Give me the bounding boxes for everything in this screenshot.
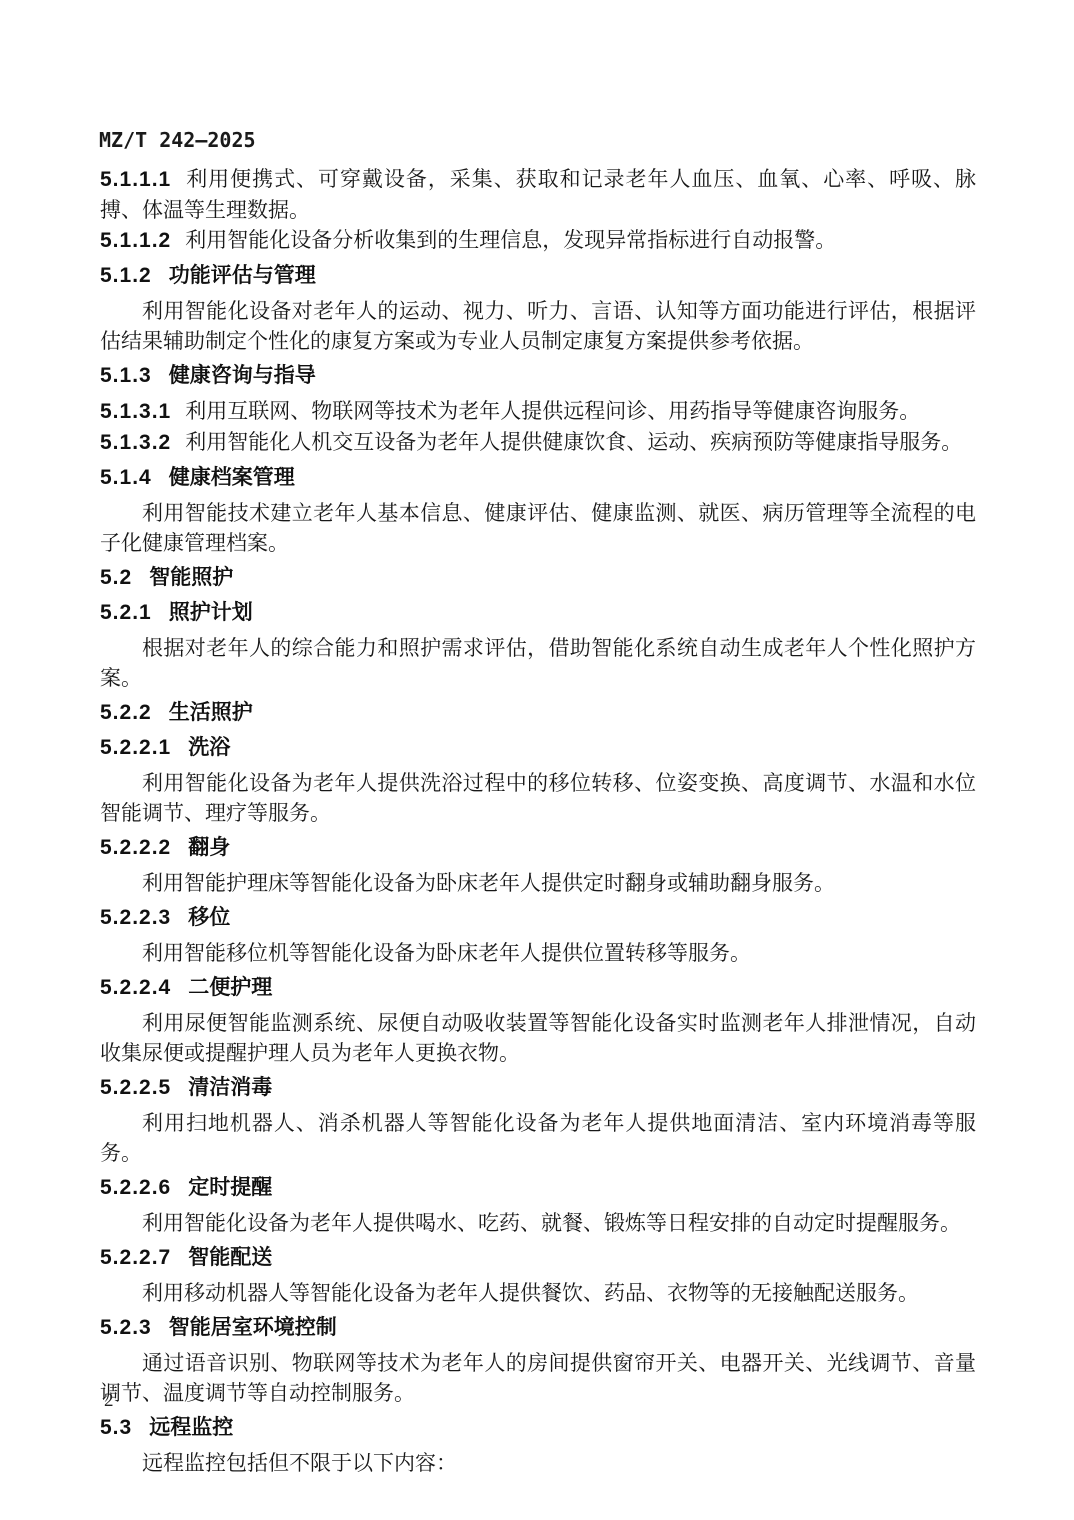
clause-paragraph: 5.1.3.1利用互联网、物联网等技术为老年人提供远程问诊、用药指导等健康咨询服…: [100, 396, 976, 427]
section-number: 5.2.2.2: [100, 836, 171, 859]
clause-number: 5.1.3.2: [100, 431, 171, 454]
section-heading: 5.2.2.5清洁消毒: [100, 1073, 976, 1103]
section-number: 5.3: [100, 1416, 132, 1439]
body-paragraph: 远程监控包括但不限于以下内容：: [100, 1448, 976, 1478]
section-title: 远程监控: [149, 1416, 233, 1439]
section-heading: 5.2.2.3移位: [100, 903, 976, 933]
section-heading: 5.1.3健康咨询与指导: [100, 361, 976, 391]
document-body: 5.1.1.1利用便携式、可穿戴设备，采集、获取和记录老年人血压、血氧、心率、呼…: [100, 164, 976, 1478]
section-title: 移位: [188, 906, 230, 929]
section-title: 智能照护: [149, 566, 233, 589]
section-number: 5.2.2: [100, 701, 152, 724]
body-paragraph: 利用智能化设备对老年人的运动、视力、听力、言语、认知等方面功能进行评估，根据评估…: [100, 296, 976, 356]
section-title: 翻身: [188, 836, 230, 859]
clause-text: 利用互联网、物联网等技术为老年人提供远程问诊、用药指导等健康咨询服务。: [185, 399, 920, 423]
section-heading: 5.3远程监控: [100, 1413, 976, 1443]
page-number: 2: [104, 1390, 114, 1412]
paragraph-text: 利用智能技术建立老年人基本信息、健康评估、健康监测、就医、病历管理等全流程的电子…: [100, 501, 976, 555]
body-paragraph: 利用智能护理床等智能化设备为卧床老年人提供定时翻身或辅助翻身服务。: [100, 868, 976, 898]
paragraph-text: 利用智能化设备为老年人提供洗浴过程中的移位转移、位姿变换、高度调节、水温和水位智…: [100, 771, 976, 825]
section-heading: 5.2.2.4二便护理: [100, 973, 976, 1003]
section-number: 5.1.2: [100, 264, 152, 287]
section-number: 5.2.2.6: [100, 1176, 171, 1199]
section-title: 智能居室环境控制: [169, 1316, 337, 1339]
section-number: 5.2: [100, 566, 132, 589]
body-paragraph: 利用智能化设备为老年人提供喝水、吃药、就餐、锻炼等日程安排的自动定时提醒服务。: [100, 1208, 976, 1238]
section-heading: 5.2.2.7智能配送: [100, 1243, 976, 1273]
section-heading: 5.2.2生活照护: [100, 698, 976, 728]
section-title: 健康咨询与指导: [169, 364, 316, 387]
section-heading: 5.2.1照护计划: [100, 598, 976, 628]
section-title: 清洁消毒: [188, 1076, 272, 1099]
section-number: 5.2.2.4: [100, 976, 171, 999]
section-number: 5.2.2.5: [100, 1076, 171, 1099]
clause-text: 利用便携式、可穿戴设备，采集、获取和记录老年人血压、血氧、心率、呼吸、脉搏、体温…: [100, 167, 976, 222]
section-title: 生活照护: [169, 701, 253, 724]
paragraph-text: 利用智能护理床等智能化设备为卧床老年人提供定时翻身或辅助翻身服务。: [142, 871, 835, 895]
body-paragraph: 通过语音识别、物联网等技术为老年人的房间提供窗帘开关、电器开关、光线调节、音量调…: [100, 1348, 976, 1408]
clause-number: 5.1.3.1: [100, 400, 171, 423]
section-number: 5.2.1: [100, 601, 152, 624]
standard-number-header: MZ/T 242—2025: [99, 128, 256, 152]
section-title: 功能评估与管理: [169, 264, 316, 287]
paragraph-text: 利用智能化设备为老年人提供喝水、吃药、就餐、锻炼等日程安排的自动定时提醒服务。: [142, 1211, 961, 1235]
section-heading: 5.1.4健康档案管理: [100, 463, 976, 493]
clause-paragraph: 5.1.3.2利用智能化人机交互设备为老年人提供健康饮食、运动、疾病预防等健康指…: [100, 427, 976, 458]
paragraph-text: 利用尿便智能监测系统、尿便自动吸收装置等智能化设备实时监测老年人排泄情况，自动收…: [100, 1011, 976, 1065]
section-heading: 5.1.2功能评估与管理: [100, 261, 976, 291]
section-heading: 5.2智能照护: [100, 563, 976, 593]
clause-paragraph: 5.1.1.1利用便携式、可穿戴设备，采集、获取和记录老年人血压、血氧、心率、呼…: [100, 164, 976, 225]
section-number: 5.2.2.1: [100, 736, 171, 759]
paragraph-text: 根据对老年人的综合能力和照护需求评估，借助智能化系统自动生成老年人个性化照护方案…: [100, 636, 976, 690]
body-paragraph: 利用智能移位机等智能化设备为卧床老年人提供位置转移等服务。: [100, 938, 976, 968]
body-paragraph: 利用尿便智能监测系统、尿便自动吸收装置等智能化设备实时监测老年人排泄情况，自动收…: [100, 1008, 976, 1068]
clause-text: 利用智能化人机交互设备为老年人提供健康饮食、运动、疾病预防等健康指导服务。: [185, 430, 962, 454]
clause-number: 5.1.1.2: [100, 229, 171, 252]
section-number: 5.1.3: [100, 364, 152, 387]
section-heading: 5.2.2.6定时提醒: [100, 1173, 976, 1203]
section-title: 二便护理: [188, 976, 272, 999]
clause-number: 5.1.1.1: [100, 168, 171, 191]
body-paragraph: 根据对老年人的综合能力和照护需求评估，借助智能化系统自动生成老年人个性化照护方案…: [100, 633, 976, 693]
section-heading: 5.2.3智能居室环境控制: [100, 1313, 976, 1343]
section-number: 5.2.3: [100, 1316, 152, 1339]
section-title: 照护计划: [169, 601, 253, 624]
section-heading: 5.2.2.1洗浴: [100, 733, 976, 763]
paragraph-text: 利用扫地机器人、消杀机器人等智能化设备为老年人提供地面清洁、室内环境消毒等服务。: [100, 1111, 976, 1165]
section-number: 5.2.2.7: [100, 1246, 171, 1269]
paragraph-text: 通过语音识别、物联网等技术为老年人的房间提供窗帘开关、电器开关、光线调节、音量调…: [100, 1351, 976, 1405]
section-title: 智能配送: [188, 1246, 272, 1269]
body-paragraph: 利用扫地机器人、消杀机器人等智能化设备为老年人提供地面清洁、室内环境消毒等服务。: [100, 1108, 976, 1168]
body-paragraph: 利用智能化设备为老年人提供洗浴过程中的移位转移、位姿变换、高度调节、水温和水位智…: [100, 768, 976, 828]
paragraph-text: 远程监控包括但不限于以下内容：: [142, 1451, 457, 1475]
clause-paragraph: 5.1.1.2利用智能化设备分析收集到的生理信息，发现异常指标进行自动报警。: [100, 225, 976, 256]
section-heading: 5.2.2.2翻身: [100, 833, 976, 863]
section-number: 5.1.4: [100, 466, 152, 489]
section-number: 5.2.2.3: [100, 906, 171, 929]
body-paragraph: 利用移动机器人等智能化设备为老年人提供餐饮、药品、衣物等的无接触配送服务。: [100, 1278, 976, 1308]
document-page: MZ/T 242—2025 5.1.1.1利用便携式、可穿戴设备，采集、获取和记…: [0, 0, 1074, 1520]
body-paragraph: 利用智能技术建立老年人基本信息、健康评估、健康监测、就医、病历管理等全流程的电子…: [100, 498, 976, 558]
paragraph-text: 利用智能化设备对老年人的运动、视力、听力、言语、认知等方面功能进行评估，根据评估…: [100, 299, 976, 353]
section-title: 洗浴: [188, 736, 230, 759]
section-title: 定时提醒: [188, 1176, 272, 1199]
section-title: 健康档案管理: [169, 466, 295, 489]
clause-text: 利用智能化设备分析收集到的生理信息，发现异常指标进行自动报警。: [185, 228, 836, 252]
paragraph-text: 利用智能移位机等智能化设备为卧床老年人提供位置转移等服务。: [142, 941, 751, 965]
paragraph-text: 利用移动机器人等智能化设备为老年人提供餐饮、药品、衣物等的无接触配送服务。: [142, 1281, 919, 1305]
